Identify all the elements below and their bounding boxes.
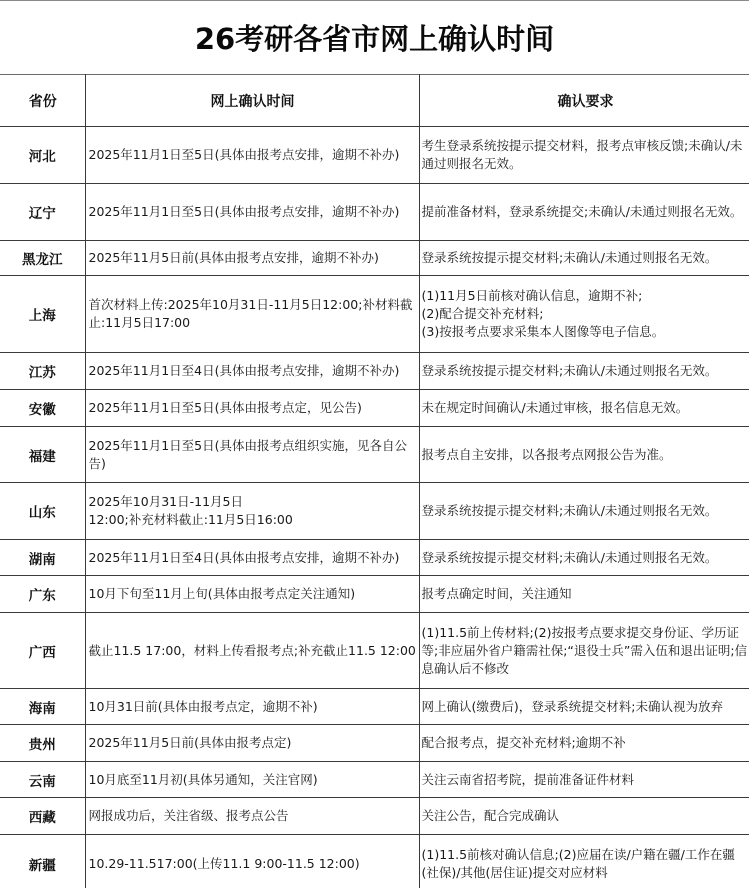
province-cell: 辽宁 <box>0 184 85 241</box>
table-row: 广西 截止11.5 17:00，材料上传看报考点;补充截止11.5 12:00 … <box>0 613 749 689</box>
time-cell: 10.29-11.517:00(上传11.1 9:00-11.5 12:00) <box>85 835 419 888</box>
province-cell: 江苏 <box>0 353 85 390</box>
requirement-line: (3)按报考点要求采集本人图像等电子信息。 <box>422 323 749 341</box>
time-cell: 2025年11月1日至5日(具体由报考点组织实施，见各自公告) <box>85 427 419 483</box>
table-row: 新疆 10.29-11.517:00(上传11.1 9:00-11.5 12:0… <box>0 835 749 888</box>
time-cell: 2025年11月5日前(具体由报考点定) <box>85 725 419 762</box>
requirement-cell: 网上确认(缴费后)，登录系统提交材料;未确认视为放弃 <box>419 689 749 725</box>
time-cell: 截止11.5 17:00，材料上传看报考点;补充截止11.5 12:00 <box>85 613 419 689</box>
province-cell: 新疆 <box>0 835 85 888</box>
requirement-cell: 登录系统按提示提交材料;未确认/未通过则报名无效。 <box>419 353 749 390</box>
requirement-cell: (1)11.5前核对确认信息;(2)应届在读/户籍在疆/工作在疆(社保)/其他(… <box>419 835 749 888</box>
table-row: 海南 10月31日前(具体由报考点定，逾期不补) 网上确认(缴费后)，登录系统提… <box>0 689 749 725</box>
time-line: 2025年10月31日-11月5日 <box>89 493 417 511</box>
time-cell: 网报成功后，关注省级、报考点公告 <box>85 798 419 835</box>
table-row: 广东 10月下旬至11月上旬(具体由报考点定关注通知) 报考点确定时间，关注通知 <box>0 576 749 613</box>
province-cell: 福建 <box>0 427 85 483</box>
requirement-cell: 提前准备材料，登录系统提交;未确认/未通过则报名无效。 <box>419 184 749 241</box>
requirement-cell: (1)11月5日前核对确认信息，逾期不补; (2)配合提交补充材料; (3)按报… <box>419 276 749 353</box>
province-cell: 西藏 <box>0 798 85 835</box>
table-row: 湖南 2025年11月1日至4日(具体由报考点安排，逾期不补办) 登录系统按提示… <box>0 540 749 576</box>
province-cell: 上海 <box>0 276 85 353</box>
requirement-cell: (1)11.5前上传材料;(2)按报考点要求提交身份证、学历证等;非应届外省户籍… <box>419 613 749 689</box>
confirmation-table: 省份 网上确认时间 确认要求 河北 2025年11月1日至5日(具体由报考点安排… <box>0 74 749 888</box>
document-sheet: 26考研各省市网上确认时间 省份 网上确认时间 确认要求 河北 2025年11月… <box>0 0 749 888</box>
time-cell: 10月底至11月初(具体另通知，关注官网) <box>85 762 419 798</box>
table-row: 山东 2025年10月31日-11月5日 12:00;补充材料截止:11月5日1… <box>0 483 749 540</box>
time-cell: 2025年11月1日至5日(具体由报考点定，见公告) <box>85 390 419 427</box>
requirement-cell: 登录系统按提示提交材料;未确认/未通过则报名无效。 <box>419 241 749 276</box>
requirement-cell: 报考点确定时间，关注通知 <box>419 576 749 613</box>
time-cell: 2025年11月1日至5日(具体由报考点安排，逾期不补办) <box>85 184 419 241</box>
table-row: 上海 首次材料上传:2025年10月31日-11月5日12:00;补材料截止:1… <box>0 276 749 353</box>
table-row: 辽宁 2025年11月1日至5日(具体由报考点安排，逾期不补办) 提前准备材料，… <box>0 184 749 241</box>
table-row: 江苏 2025年11月1日至4日(具体由报考点安排，逾期不补办) 登录系统按提示… <box>0 353 749 390</box>
requirement-cell: 登录系统按提示提交材料;未确认/未通过则报名无效。 <box>419 483 749 540</box>
table-row: 贵州 2025年11月5日前(具体由报考点定) 配合报考点，提交补充材料;逾期不… <box>0 725 749 762</box>
province-cell: 山东 <box>0 483 85 540</box>
province-cell: 黑龙江 <box>0 241 85 276</box>
table-row: 安徽 2025年11月1日至5日(具体由报考点定，见公告) 未在规定时间确认/未… <box>0 390 749 427</box>
table-row: 河北 2025年11月1日至5日(具体由报考点安排，逾期不补办) 考生登录系统按… <box>0 127 749 184</box>
province-cell: 广西 <box>0 613 85 689</box>
time-cell: 10月下旬至11月上旬(具体由报考点定关注通知) <box>85 576 419 613</box>
table-header-row: 省份 网上确认时间 确认要求 <box>0 75 749 127</box>
page-title: 26考研各省市网上确认时间 <box>0 1 749 74</box>
requirement-cell: 关注公告，配合完成确认 <box>419 798 749 835</box>
time-cell: 10月31日前(具体由报考点定，逾期不补) <box>85 689 419 725</box>
time-cell: 2025年11月1日至4日(具体由报考点安排，逾期不补办) <box>85 353 419 390</box>
requirement-cell: 报考点自主安排，以各报考点网报公告为准。 <box>419 427 749 483</box>
time-line: 12:00;补充材料截止:11月5日16:00 <box>89 511 417 529</box>
requirement-line: (2)配合提交补充材料; <box>422 305 749 323</box>
province-cell: 湖南 <box>0 540 85 576</box>
table-row: 黑龙江 2025年11月5日前(具体由报考点安排，逾期不补办) 登录系统按提示提… <box>0 241 749 276</box>
requirement-cell: 配合报考点，提交补充材料;逾期不补 <box>419 725 749 762</box>
province-cell: 安徽 <box>0 390 85 427</box>
time-cell: 2025年10月31日-11月5日 12:00;补充材料截止:11月5日16:0… <box>85 483 419 540</box>
province-cell: 云南 <box>0 762 85 798</box>
table-row: 西藏 网报成功后，关注省级、报考点公告 关注公告，配合完成确认 <box>0 798 749 835</box>
province-cell: 广东 <box>0 576 85 613</box>
time-cell: 2025年11月5日前(具体由报考点安排，逾期不补办) <box>85 241 419 276</box>
table-row: 云南 10月底至11月初(具体另通知，关注官网) 关注云南省招考院，提前准备证件… <box>0 762 749 798</box>
time-cell: 2025年11月1日至5日(具体由报考点安排，逾期不补办) <box>85 127 419 184</box>
requirement-line: (1)11月5日前核对确认信息，逾期不补; <box>422 287 749 305</box>
header-requirement: 确认要求 <box>419 75 749 127</box>
requirement-cell: 关注云南省招考院，提前准备证件材料 <box>419 762 749 798</box>
header-time: 网上确认时间 <box>85 75 419 127</box>
requirement-cell: 登录系统按提示提交材料;未确认/未通过则报名无效。 <box>419 540 749 576</box>
province-cell: 河北 <box>0 127 85 184</box>
province-cell: 贵州 <box>0 725 85 762</box>
header-province: 省份 <box>0 75 85 127</box>
requirement-cell: 未在规定时间确认/未通过审核，报名信息无效。 <box>419 390 749 427</box>
province-cell: 海南 <box>0 689 85 725</box>
requirement-cell: 考生登录系统按提示提交材料，报考点审核反馈;未确认/未通过则报名无效。 <box>419 127 749 184</box>
time-cell: 首次材料上传:2025年10月31日-11月5日12:00;补材料截止:11月5… <box>85 276 419 353</box>
time-cell: 2025年11月1日至4日(具体由报考点安排，逾期不补办) <box>85 540 419 576</box>
table-row: 福建 2025年11月1日至5日(具体由报考点组织实施，见各自公告) 报考点自主… <box>0 427 749 483</box>
